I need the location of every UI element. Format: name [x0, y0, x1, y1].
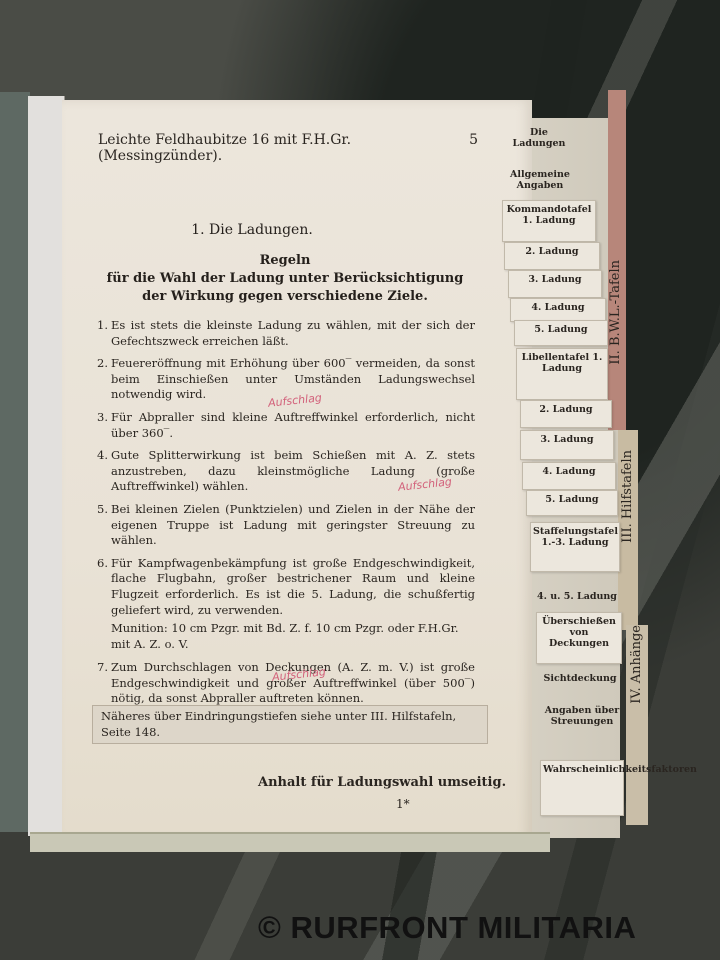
rule-number: 7.: [97, 660, 111, 707]
tab-die-ladungen[interactable]: Die Ladungen: [506, 124, 572, 154]
munition-note: Munition: 10 cm Pzgr. mit Bd. Z. f. 10 c…: [97, 621, 475, 652]
rule-item: 7.Zum Durchschlagen von Deckungen (A. Z.…: [97, 660, 475, 707]
rules-heading-line: Regeln: [100, 252, 470, 270]
tab-libellentafel[interactable]: Libellentafel 1. Ladung: [516, 348, 608, 400]
running-header: Leichte Feldhaubitze 16 mit F.H.Gr. (Mes…: [98, 132, 478, 164]
header-title: Leichte Feldhaubitze 16 mit F.H.Gr. (Mes…: [98, 132, 469, 164]
rules-heading: Regeln für die Wahl der Ladung unter Ber…: [100, 252, 470, 306]
tab-kommandotafel-2[interactable]: 2. Ladung: [504, 242, 600, 270]
rule-item: 1.Es ist stets die kleinste Ladung zu wä…: [97, 318, 475, 349]
tab-libellentafel-3[interactable]: 3. Ladung: [520, 430, 614, 460]
rules-list: 1.Es ist stets die kleinste Ladung zu wä…: [97, 318, 475, 714]
pasted-note: Näheres über Eindringungstiefen siehe un…: [92, 705, 488, 744]
tab-allgemeine-angaben[interactable]: Allgemeine Angaben: [500, 166, 580, 196]
watermark: © RURFRONT MILITARIA: [258, 910, 636, 946]
rule-text: Für Abpraller sind kleine Auftreffwinkel…: [111, 410, 475, 441]
tab-ueberschiessen[interactable]: Überschießen von Deckungen: [536, 612, 622, 664]
rule-number: 1.: [97, 318, 111, 349]
spine-label-iii[interactable]: III. Hilfstafeln: [620, 450, 635, 543]
section-edge-ii: II. B.W.L.-Tafeln: [608, 90, 626, 430]
section-edge-iv: IV. Anhänge: [626, 625, 648, 825]
tab-kommandotafel-3[interactable]: 3. Ladung: [508, 270, 602, 298]
book-cover-edge: [0, 92, 30, 832]
section-title: 1. Die Ladungen.: [62, 222, 442, 238]
tab-libellentafel-5[interactable]: 5. Ladung: [526, 490, 618, 516]
rule-item: 3.Für Abpraller sind kleine Auftreffwink…: [97, 410, 475, 441]
rule-item: 6.Für Kampfwagenbekämpfung ist große End…: [97, 556, 475, 618]
munition-line: Munition: 10 cm Pzgr. mit Bd. Z. f. 10 c…: [111, 621, 475, 637]
rule-number: 3.: [97, 410, 111, 441]
rule-number: 4.: [97, 448, 111, 495]
flyleaf: [28, 96, 65, 836]
rule-text: Bei kleinen Zielen (Punktzielen) und Zie…: [111, 502, 475, 549]
rule-text: Es ist stets die kleinste Ladung zu wähl…: [111, 318, 475, 349]
tab-kommandotafel[interactable]: Kommandotafel 1. Ladung: [502, 200, 596, 242]
spine-label-ii[interactable]: II. B.W.L.-Tafeln: [608, 260, 623, 365]
munition-line: mit A. Z. o. V.: [111, 637, 475, 653]
rule-number: 2.: [97, 356, 111, 403]
rule-number: 6.: [97, 556, 111, 618]
rules-heading-line: für die Wahl der Ladung unter Berücksich…: [100, 270, 470, 288]
tab-staffelungstafel[interactable]: Staffelungstafel 1.-3. Ladung: [530, 522, 620, 572]
tab-kommandotafel-5[interactable]: 5. Ladung: [514, 320, 608, 346]
page-number: 5: [469, 132, 478, 164]
page-bottom-edge: [30, 832, 550, 852]
tab-staffelungstafel-4-5[interactable]: 4. u. 5. Ladung: [532, 588, 622, 610]
tab-libellentafel-4[interactable]: 4. Ladung: [522, 462, 616, 490]
rule-text: Für Kampfwagenbekämpfung ist große Endge…: [111, 556, 475, 618]
rules-heading-line: der Wirkung gegen verschiedene Ziele.: [100, 288, 470, 306]
rule-number: 5.: [97, 502, 111, 549]
tab-wahrscheinlichkeitsfaktoren[interactable]: Wahrscheinlichkeitsfaktoren: [540, 760, 624, 816]
signature-mark: 1*: [396, 797, 410, 811]
footer-text: Anhalt für Ladungswahl umseitig.: [258, 775, 506, 790]
rule-text: Zum Durchschlagen von Deckungen (A. Z. m…: [111, 660, 475, 707]
tab-streuungen[interactable]: Angaben über Streuungen: [540, 702, 624, 748]
spine-label-iv[interactable]: IV. Anhänge: [629, 625, 644, 704]
tab-libellentafel-2[interactable]: 2. Ladung: [520, 400, 612, 428]
tab-sichtdeckung[interactable]: Sichtdeckung: [538, 670, 622, 700]
rule-item: 5.Bei kleinen Zielen (Punktzielen) und Z…: [97, 502, 475, 549]
tab-kommandotafel-4[interactable]: 4. Ladung: [510, 298, 606, 322]
